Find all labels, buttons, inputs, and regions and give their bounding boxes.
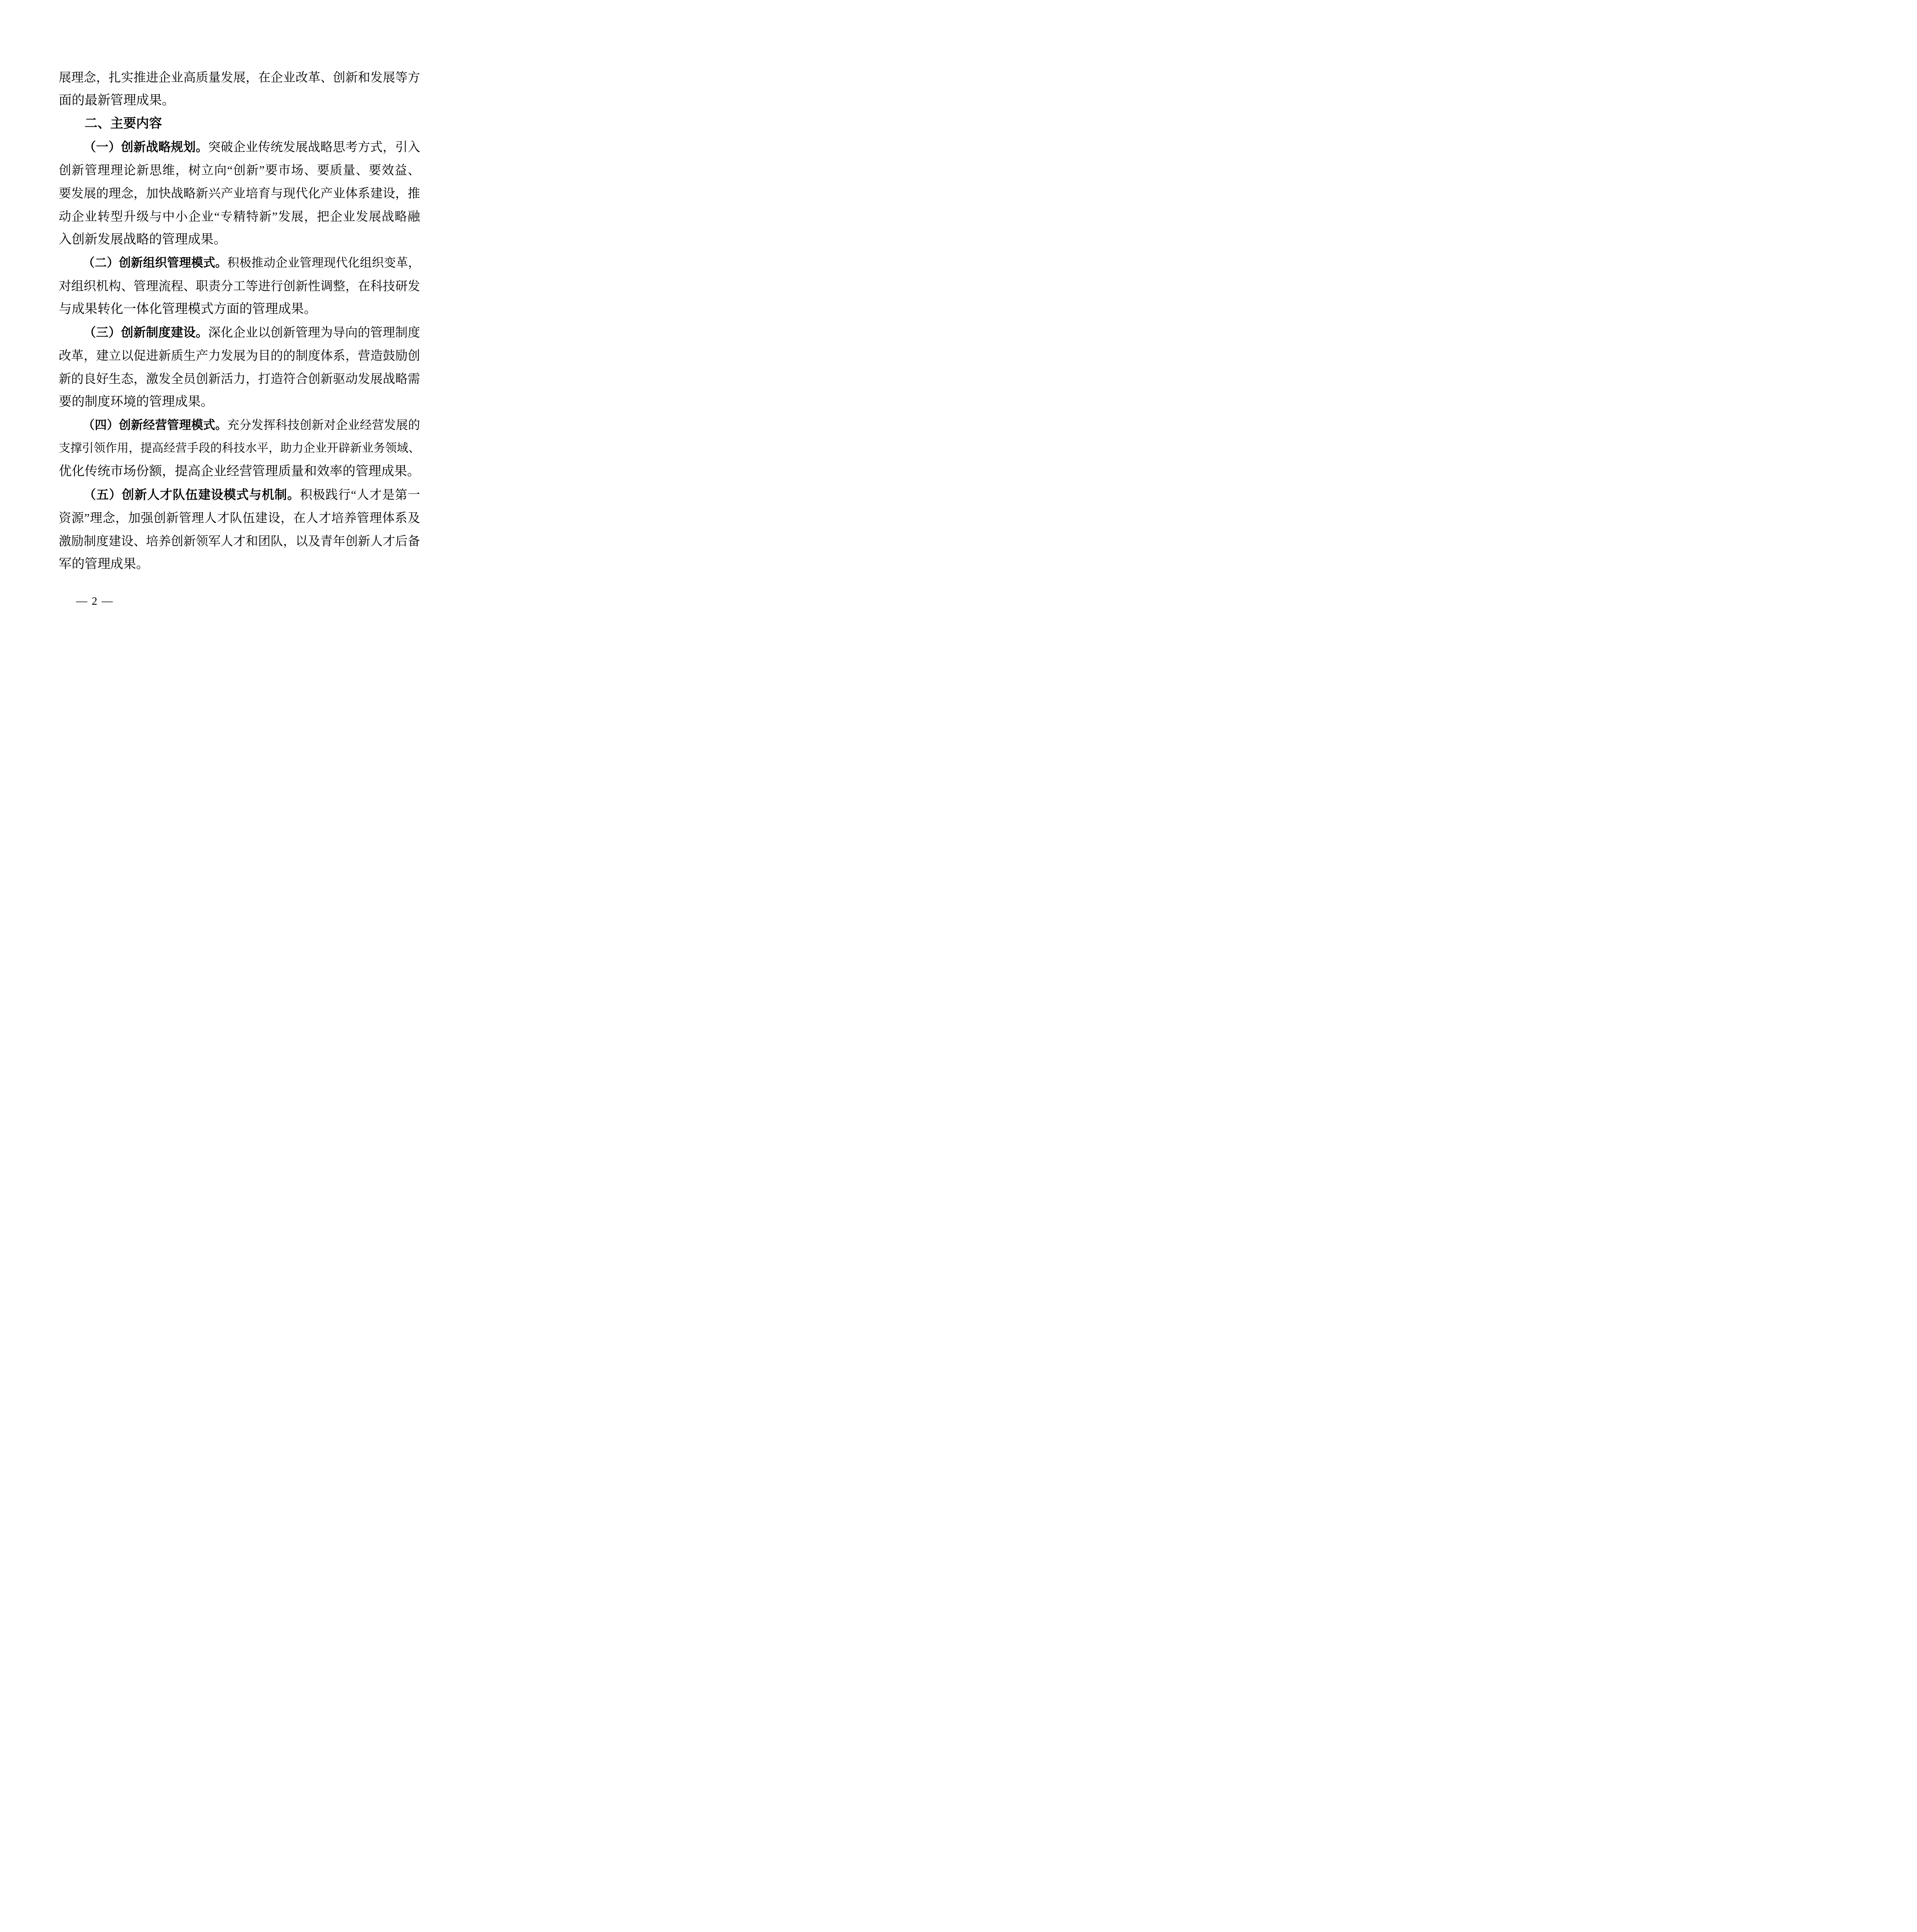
text-line: 动企业转型升级与中小企业“专精特新”发展，把企业发展战略融 (59, 205, 420, 228)
text-line: 入创新发展战略的管理成果。 (59, 228, 420, 251)
page-number: — 2 — (76, 590, 114, 613)
section-lead: （三）创新制度建设。 (83, 325, 208, 339)
page-body: 展理念，扎实推进企业高质量发展，在企业改革、创新和发展等方面的最新管理成果。二、… (59, 66, 420, 576)
text-line: 面的最新管理成果。 (59, 89, 420, 112)
text-line: 支撑引领作用，提高经营手段的科技水平，助力企业开辟新业务领域、 (59, 437, 420, 460)
text-line: （五）创新人才队伍建设模式与机制。积极践行“人才是第一 (59, 483, 420, 506)
text-line: 要发展的理念，加快战略新兴产业培育与现代化产业体系建设，推 (59, 182, 420, 205)
line-text: 积极推动企业管理现代化组织变革， (227, 256, 420, 269)
text-line: （一）创新战略规划。突破企业传统发展战略思考方式，引入 (59, 135, 420, 158)
text-line: 要的制度环境的管理成果。 (59, 390, 420, 413)
text-line: （四）创新经营管理模式。充分发挥科技创新对企业经营发展的 (59, 413, 420, 437)
text-line: 与成果转化一体化管理模式方面的管理成果。 (59, 298, 420, 321)
text-line: （二）创新组织管理模式。积极推动企业管理现代化组织变革， (59, 251, 420, 274)
text-line: 对组织机构、管理流程、职责分工等进行创新性调整，在科技研发 (59, 274, 420, 298)
text-line: 展理念，扎实推进企业高质量发展，在企业改革、创新和发展等方 (59, 66, 420, 89)
text-line: 改革，建立以促进新质生产力发展为目的的制度体系，营造鼓励创 (59, 344, 420, 367)
text-line: 资源”理念，加强创新管理人才队伍建设，在人才培养管理体系及 (59, 506, 420, 529)
document-page: 展理念，扎实推进企业高质量发展，在企业改革、创新和发展等方面的最新管理成果。二、… (0, 0, 479, 678)
line-text: 突破企业传统发展战略思考方式，引入 (208, 140, 420, 154)
section-heading: 二、主要内容 (59, 112, 420, 135)
section-lead: （四）创新经营管理模式。 (83, 418, 227, 432)
text-line: 军的管理成果。 (59, 553, 420, 576)
section-lead: （二）创新组织管理模式。 (83, 256, 227, 269)
text-line: 激励制度建设、培养创新领军人才和团队，以及青年创新人才后备 (59, 529, 420, 553)
line-text: 深化企业以创新管理为导向的管理制度 (208, 325, 420, 339)
text-line: 优化传统市场份额，提高企业经营管理质量和效率的管理成果。 (59, 460, 420, 483)
section-lead: （五）创新人才队伍建设模式与机制。 (83, 488, 300, 502)
section-lead: （一）创新战略规划。 (83, 140, 208, 154)
text-line: 新的良好生态，激发全员创新活力，打造符合创新驱动发展战略需 (59, 367, 420, 390)
text-line: 创新管理理论新思维，树立向“创新”要市场、要质量、要效益、 (59, 158, 420, 182)
line-text: 积极践行“人才是第一 (300, 488, 420, 502)
line-text: 充分发挥科技创新对企业经营发展的 (227, 418, 420, 432)
text-line: （三）创新制度建设。深化企业以创新管理为导向的管理制度 (59, 321, 420, 344)
